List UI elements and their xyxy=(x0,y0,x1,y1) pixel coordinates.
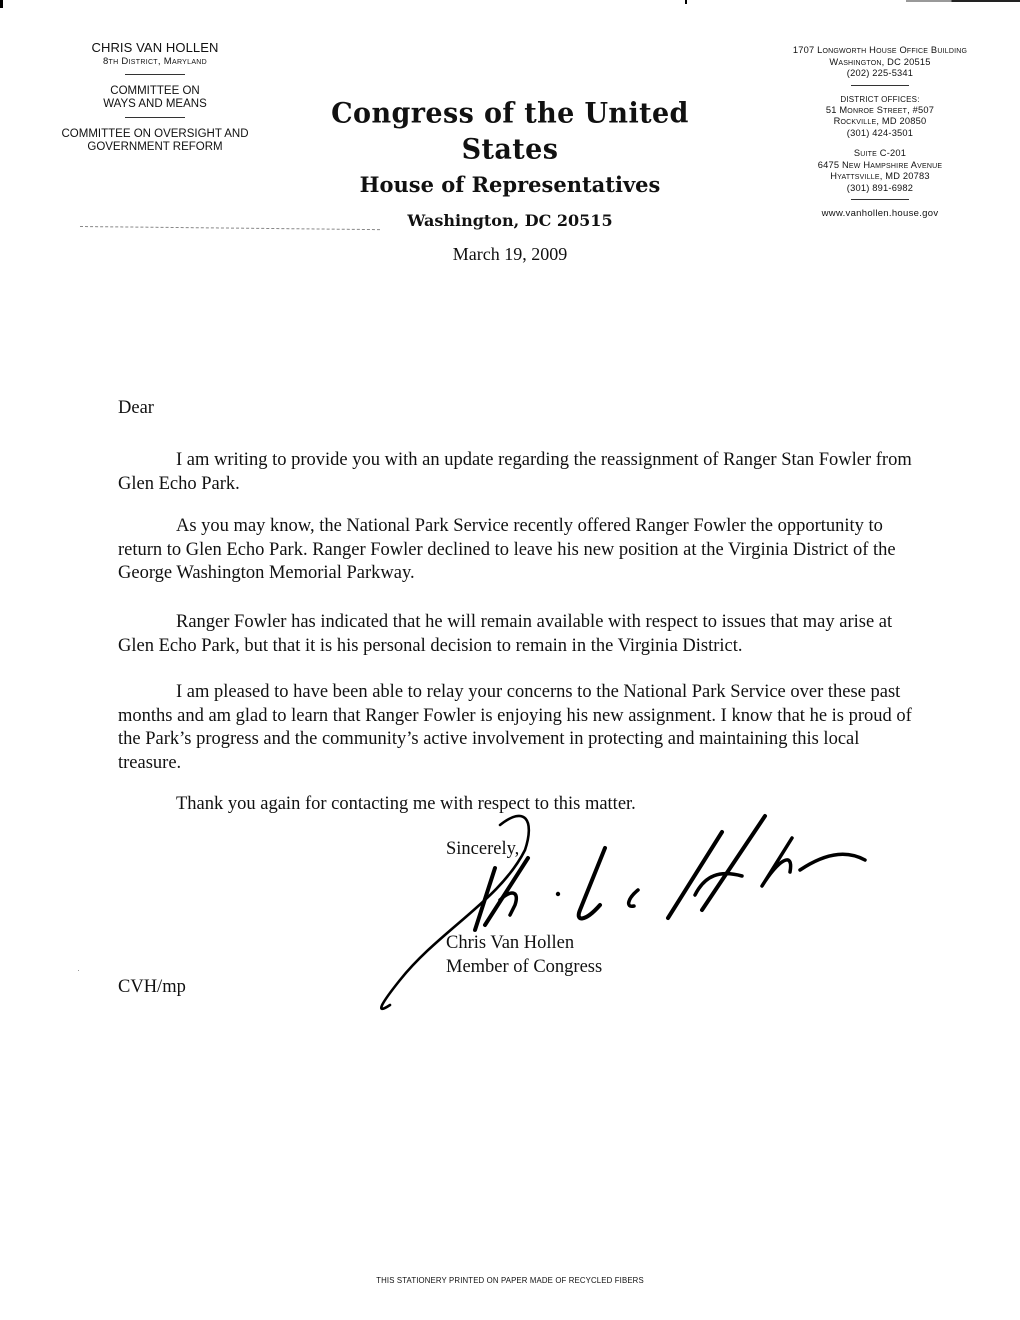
recycled-paper-note: THIS STATIONERY PRINTED ON PAPER MADE OF… xyxy=(300,1276,720,1285)
paragraph-2: As you may know, the National Park Servi… xyxy=(118,515,918,586)
website-link[interactable]: www.vanhollen.house.gov xyxy=(760,208,1000,220)
paragraph-text: I am writing to provide you with an upda… xyxy=(118,450,912,494)
office-2-line-2: 6475 New Hampshire Avenue xyxy=(760,160,1000,172)
divider xyxy=(125,117,185,118)
letterhead-right: 1707 Longworth House Office Building Was… xyxy=(760,45,1000,220)
member-district: 8th District, Maryland xyxy=(20,55,290,68)
divider xyxy=(851,85,909,86)
paragraph-4: I am pleased to have been able to relay … xyxy=(118,681,918,775)
signer-name: Chris Van Hollen xyxy=(446,932,574,956)
scan-artifact xyxy=(685,0,687,4)
committee-ways-means-line-2: WAYS AND MEANS xyxy=(20,98,290,111)
committee-ways-means-line-1: COMMITTEE ON xyxy=(20,85,290,98)
paragraph-text: Thank you again for contacting me with r… xyxy=(176,794,636,814)
reference-initials: CVH/mp xyxy=(118,976,186,1000)
scan-artifact xyxy=(0,0,3,8)
paragraph-text: As you may know, the National Park Servi… xyxy=(118,516,896,583)
congress-title: Congress of the United States xyxy=(280,96,740,167)
paragraph-text: Ranger Fowler has indicated that he will… xyxy=(118,612,892,656)
house-title: House of Representatives xyxy=(280,170,740,200)
dc-office-phone: (202) 225-5341 xyxy=(760,68,1000,80)
letterhead-left: CHRIS VAN HOLLEN 8th District, Maryland … xyxy=(20,40,290,154)
paragraph-3: Ranger Fowler has indicated that he will… xyxy=(118,611,918,658)
committee-oversight-line-2: GOVERNMENT REFORM xyxy=(20,141,290,154)
letterhead-center: Congress of the United States House of R… xyxy=(280,98,740,266)
divider xyxy=(125,74,185,75)
closing: Sincerely, xyxy=(446,838,519,862)
office-2-phone: (301) 891-6982 xyxy=(760,183,1000,195)
member-name: CHRIS VAN HOLLEN xyxy=(20,40,290,55)
signer-title: Member of Congress xyxy=(446,956,602,980)
paragraph-1: I am writing to provide you with an upda… xyxy=(118,449,918,496)
paragraph-text: I am pleased to have been able to relay … xyxy=(118,682,912,773)
scan-artifact xyxy=(906,0,1020,2)
office-1-phone: (301) 424-3501 xyxy=(760,128,1000,140)
divider xyxy=(851,199,909,200)
office-2-line-1: Suite C-201 xyxy=(760,148,1000,160)
paragraph-5: Thank you again for contacting me with r… xyxy=(118,793,918,817)
letter-date: March 19, 2009 xyxy=(280,242,740,266)
office-2-line-3: Hyattsville, MD 20783 xyxy=(760,171,1000,183)
letterhead-city: Washington, DC 20515 xyxy=(280,208,740,234)
dc-office-line-2: Washington, DC 20515 xyxy=(760,57,1000,69)
scan-artifact xyxy=(78,970,79,971)
dc-office-line-1: 1707 Longworth House Office Building xyxy=(760,45,1000,57)
district-offices-label: DISTRICT OFFICES: xyxy=(760,94,1000,105)
office-1-line-2: Rockville, MD 20850 xyxy=(760,116,1000,128)
committee-oversight-line-1: COMMITTEE ON OVERSIGHT AND xyxy=(20,128,290,141)
office-1-line-1: 51 Monroe Street, #507 xyxy=(760,105,1000,117)
salutation: Dear xyxy=(118,397,154,421)
